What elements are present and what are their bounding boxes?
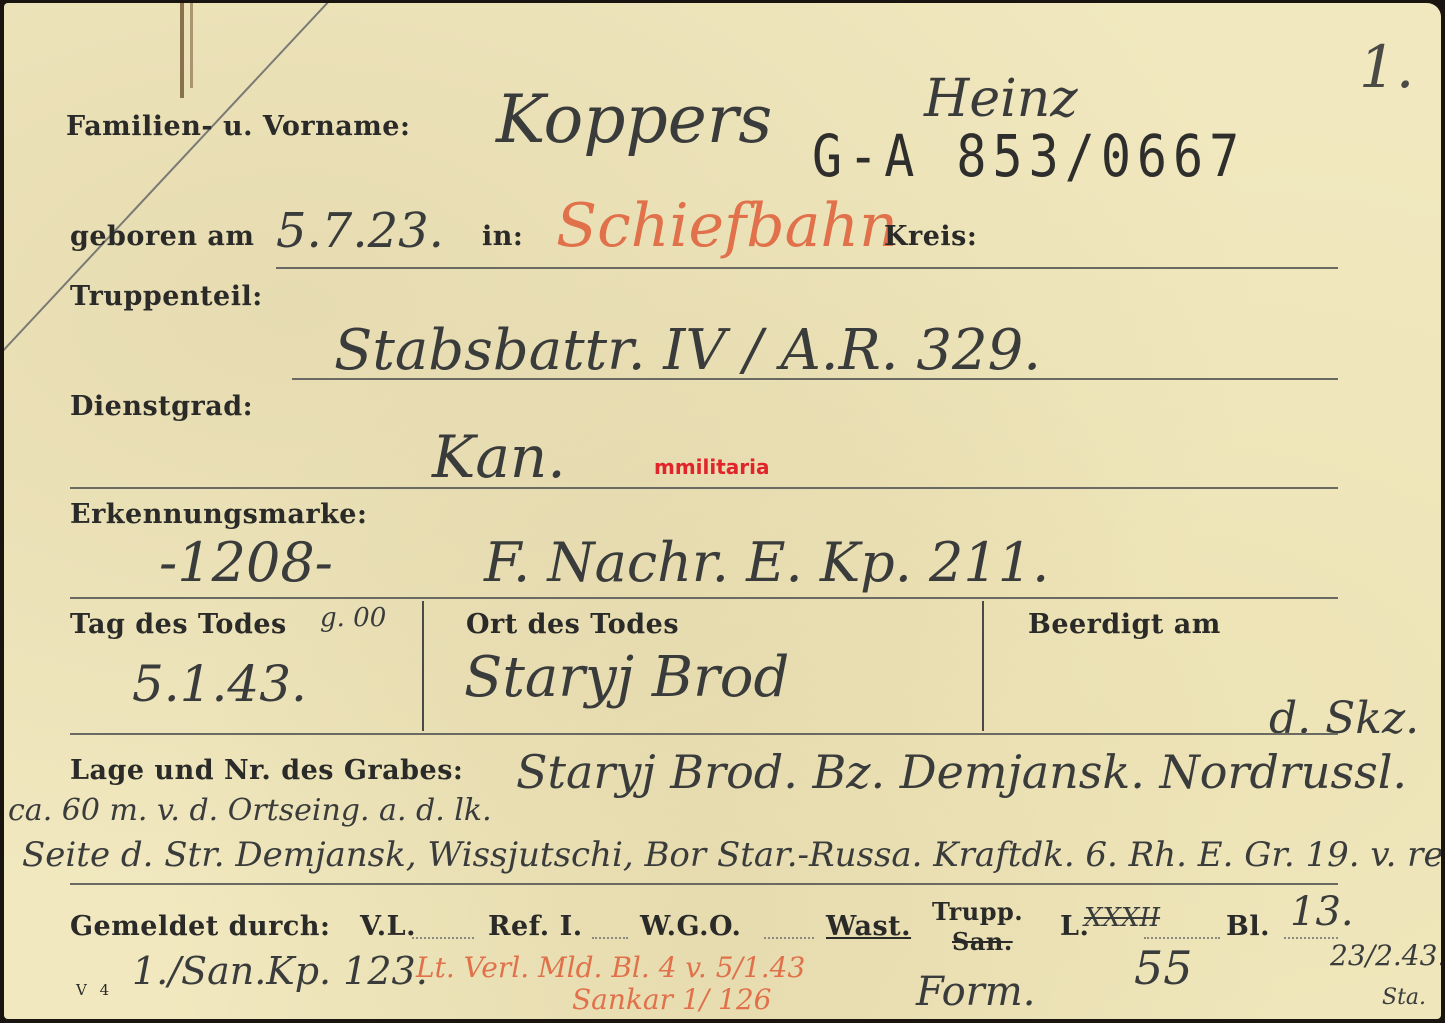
label-death-date: Tag des Todes (70, 609, 287, 640)
grave-line-2: Seite d. Str. Demjansk, Wissjutschi, Bor… (22, 835, 1441, 875)
form-code: V 4 (76, 981, 113, 999)
rank-value: Kan. (432, 423, 566, 491)
label-death-place: Ort des Todes (466, 609, 679, 640)
ledger-roman: XXXII (1084, 903, 1160, 933)
birth-place-value: Schiefbahn (556, 191, 898, 261)
archive-stamp: G-A 853/0667 (812, 123, 1245, 190)
divider-line (70, 597, 1338, 599)
dotted-leader (592, 937, 628, 939)
grave-line-0-left: ca. 60 m. v. d. Ortseing. a. d. lk. (8, 793, 492, 828)
label-name: Familien- u. Vorname: (66, 111, 410, 142)
option-wgo: W.G.O. (640, 911, 741, 942)
id-tag-number: -1208- (159, 531, 333, 594)
label-rank: Dienstgrad: (70, 391, 253, 422)
label-grave: Lage und Nr. des Grabes: (70, 755, 463, 786)
dotted-leader (412, 937, 474, 939)
red-note-line-1: Lt. Verl. Mld. Bl. 4 v. 5/1.43 (416, 951, 805, 984)
form-note: Form. (916, 969, 1035, 1015)
date-note: 23/2.43. (1330, 939, 1441, 972)
divider-line (292, 378, 1338, 380)
column-divider (982, 601, 984, 731)
divider-line (70, 883, 1338, 885)
label-unit: Truppenteil: (70, 281, 263, 312)
option-ref-i: Ref. I. (488, 911, 583, 942)
dotted-leader (1144, 937, 1220, 939)
surname-value: Koppers (496, 81, 772, 158)
ink-stain (180, 3, 184, 98)
label-burial: Beerdigt am (1028, 609, 1221, 640)
watermark: mmilitaria (654, 455, 770, 479)
unit-value: Stabsbattr. IV / A.R. 329. (334, 318, 1041, 383)
column-divider (422, 601, 424, 731)
divider-line (70, 733, 1338, 735)
given-name-value: Heinz (924, 69, 1078, 129)
ledger-number: 55 (1134, 941, 1193, 995)
option-wast: Wast. (826, 911, 911, 942)
option-san: San. (952, 927, 1013, 956)
option-bl: Bl. (1226, 911, 1270, 942)
label-born-on: geboren am (70, 221, 254, 252)
reporting-unit: 1./San.Kp. 123. (132, 949, 428, 993)
page-number: 1. (1359, 33, 1414, 101)
option-vl: V.L. (360, 911, 416, 942)
death-place-value: Staryj Brod (464, 645, 789, 710)
dotted-leader (764, 937, 814, 939)
label-id-tag: Erkennungsmarke: (70, 499, 367, 530)
sheet-number: 13. (1290, 889, 1354, 935)
burial-value: d. Skz. (1269, 693, 1419, 744)
grave-line-1: Staryj Brod. Bz. Demjansk. Nordrussl. (516, 745, 1407, 799)
id-tag-unit: F. Nachr. E. Kp. 211. (484, 531, 1049, 594)
birth-date-value: 5.7.23. (276, 203, 444, 259)
initials: Sta. (1382, 985, 1426, 1010)
divider-line (276, 267, 1338, 269)
option-trupp: Trupp. (932, 897, 1023, 926)
red-note-line-2: Sankar 1/ 126 (572, 983, 771, 1016)
death-date-annotation: g. 00 (320, 603, 386, 633)
divider-line (70, 487, 1338, 489)
death-record-card: 1. Familien- u. Vorname: Koppers Heinz G… (4, 3, 1441, 1019)
death-date-value: 5.1.43. (132, 655, 307, 713)
ink-stain (190, 3, 193, 88)
label-district: Kreis: (884, 221, 977, 252)
label-birth-place: in: (482, 221, 523, 252)
label-reported-by: Gemeldet durch: (70, 911, 330, 942)
